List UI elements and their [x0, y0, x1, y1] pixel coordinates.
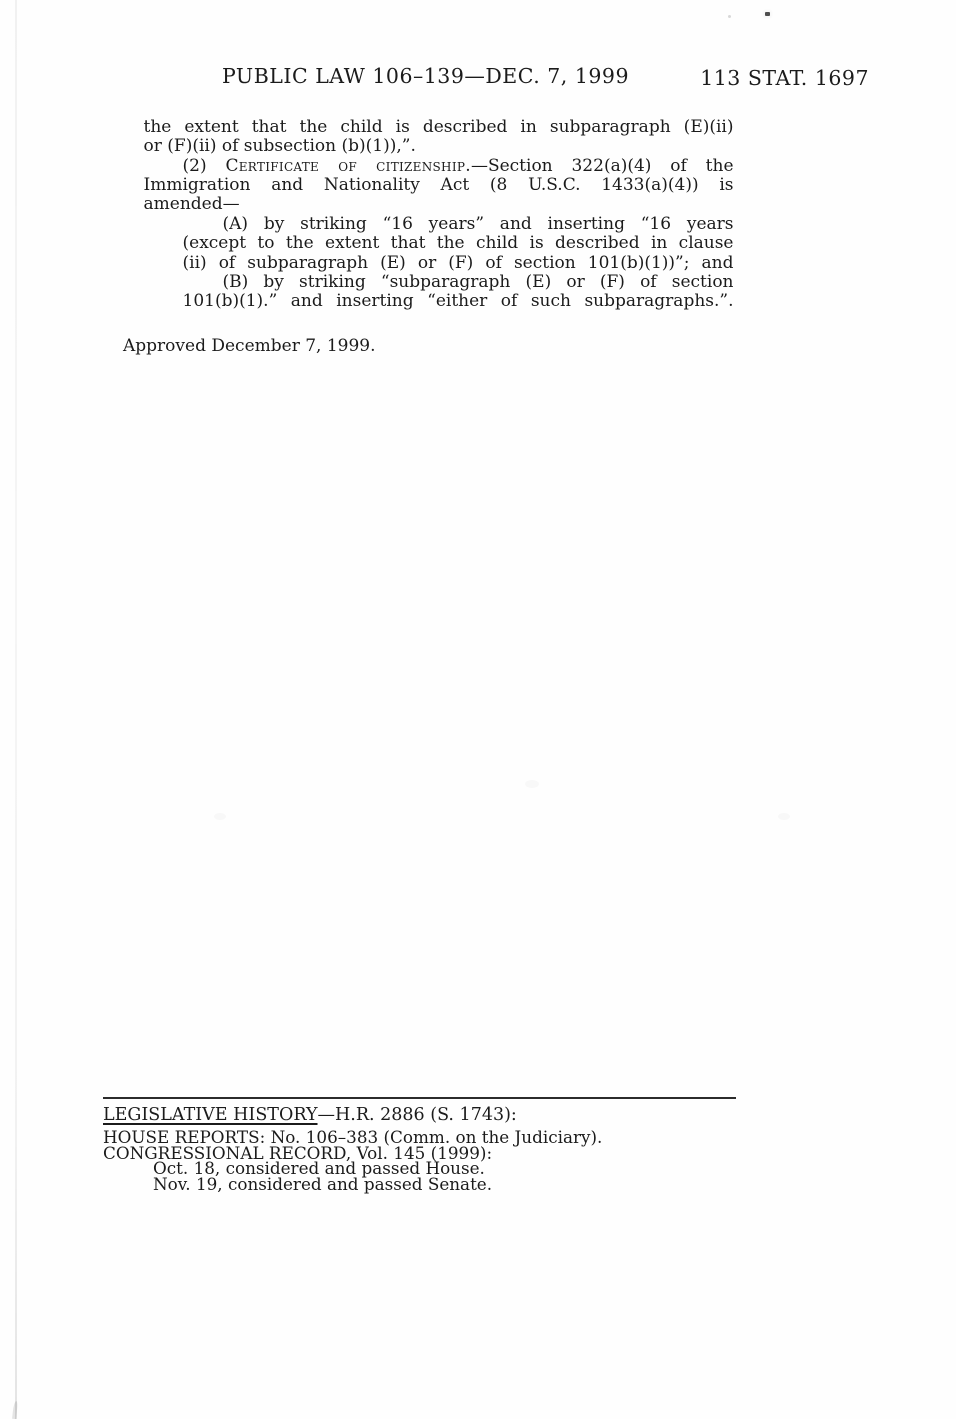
running-head-law-title: PUBLIC LAW 106–139—DEC. 7, 1999	[222, 64, 629, 88]
legislative-history-rule	[103, 1097, 736, 1099]
statute-text-line: (A) by striking “16 years” and inserting…	[223, 215, 734, 234]
legislative-history-entries: HOUSE REPORTS: No. 106–383 (Comm. on the…	[103, 1130, 743, 1193]
scan-speck	[765, 12, 770, 16]
statute-text-line: 101(b)(1).” and inserting “either of suc…	[183, 292, 734, 311]
page-scan-edge	[15, 0, 17, 1419]
statute-text-line: (2) Certificate of citizenship.—Section …	[183, 157, 734, 176]
scan-smudge	[525, 780, 539, 788]
scan-speck	[728, 15, 731, 18]
statute-text-line: (ii) of subparagraph (E) or (F) of secti…	[183, 254, 734, 273]
legislative-history-label: LEGISLATIVE HISTORY	[103, 1105, 318, 1125]
statute-text-line: (except to the extent that the child is …	[183, 234, 734, 253]
scan-smudge	[778, 813, 790, 820]
statute-text-line: (B) by striking “subparagraph (E) or (F)…	[223, 273, 734, 292]
approved-date-line: Approved December 7, 1999.	[123, 337, 376, 356]
statute-text-line: the extent that the child is described i…	[144, 118, 734, 137]
legislative-history-heading: LEGISLATIVE HISTORY—H.R. 2886 (S. 1743):	[103, 1106, 517, 1125]
statute-text-line: or (F)(ii) of subsection (b)(1)),”.	[144, 137, 734, 156]
paragraph-number: (2)	[183, 156, 226, 176]
small-caps-heading: Certificate of citizenship.	[225, 156, 471, 176]
statute-text-line: amended—	[144, 195, 734, 214]
running-head-stat-number: 113 STAT. 1697	[700, 66, 869, 90]
statute-text: —Section 322(a)(4) of the	[471, 156, 734, 176]
record-senate-entry: Nov. 19, considered and passed Senate.	[103, 1177, 743, 1193]
page-corner-curl	[12, 1401, 18, 1419]
statute-page: PUBLIC LAW 106–139—DEC. 7, 1999 113 STAT…	[0, 0, 956, 1419]
bill-number: —H.R. 2886 (S. 1743):	[318, 1105, 517, 1125]
statute-text-line: Immigration and Nationality Act (8 U.S.C…	[144, 176, 734, 195]
scan-smudge	[214, 813, 226, 820]
